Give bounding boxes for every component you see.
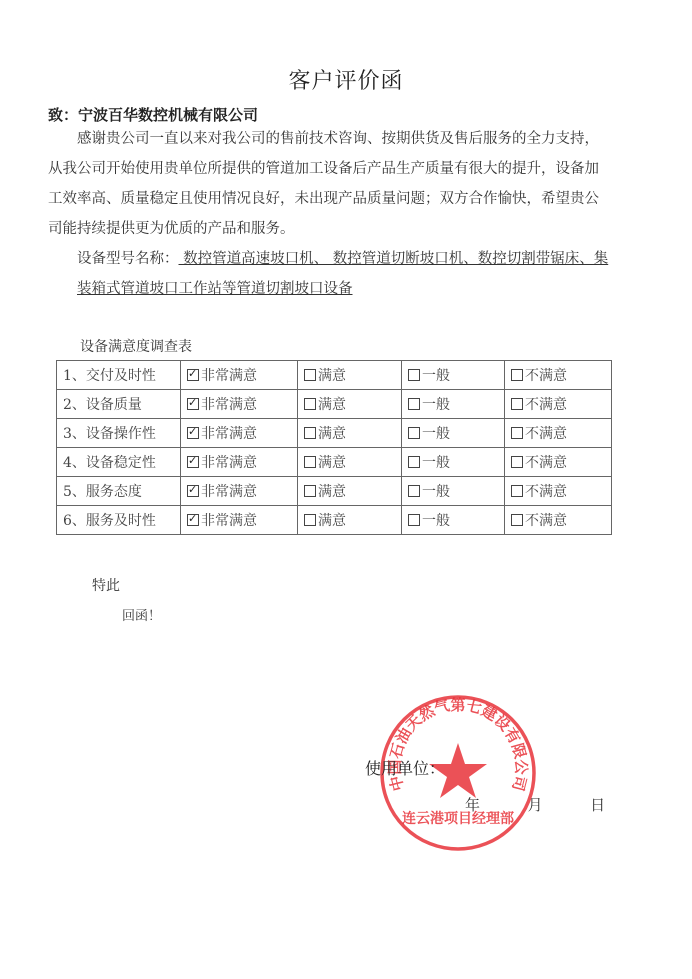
table-row: 5、服务态度非常满意满意一般不满意 [57,477,612,506]
option-label: 一般 [422,368,450,384]
checkbox-icon[interactable] [511,427,523,439]
checkbox-icon[interactable] [408,398,420,410]
survey-option-cell: 一般 [402,477,505,506]
survey-option-cell: 不满意 [505,506,612,535]
survey-option-cell: 一般 [402,419,505,448]
survey-option-cell: 满意 [298,390,402,419]
checkbox-icon[interactable] [511,369,523,381]
survey-option-cell: 不满意 [505,419,612,448]
table-row: 1、交付及时性非常满意满意一般不满意 [57,361,612,390]
checkbox-icon[interactable] [304,398,316,410]
survey-option-cell: 满意 [298,477,402,506]
option-label: 不满意 [525,484,567,500]
checkbox-icon[interactable] [408,369,420,381]
closing-line-2: 回函！ [122,605,161,624]
option-label: 一般 [422,397,450,413]
survey-option-cell: 一般 [402,390,505,419]
checked-checkbox-icon[interactable] [187,427,199,439]
survey-option-cell: 满意 [298,448,402,477]
option-label: 不满意 [525,455,567,471]
survey-option-cell: 一般 [402,506,505,535]
survey-option-cell: 一般 [402,448,505,477]
table-row: 6、服务及时性非常满意满意一般不满意 [57,506,612,535]
checked-checkbox-icon[interactable] [187,514,199,526]
option-label: 满意 [318,368,346,384]
checkbox-icon[interactable] [304,427,316,439]
survey-item-label: 1、交付及时性 [57,361,181,390]
option-label: 满意 [318,484,346,500]
option-label: 非常满意 [201,426,257,442]
equipment-label: 设备型号名称： [77,251,179,267]
option-label: 满意 [318,397,346,413]
year-label: 年 [465,794,480,815]
checkbox-icon[interactable] [408,485,420,497]
option-label: 一般 [422,513,450,529]
option-label: 非常满意 [201,397,257,413]
signature-date: 年 月 日 [465,794,605,815]
survey-option-cell: 不满意 [505,390,612,419]
survey-option-cell: 非常满意 [181,448,298,477]
checkbox-icon[interactable] [408,456,420,468]
checked-checkbox-icon[interactable] [187,456,199,468]
option-label: 不满意 [525,426,567,442]
survey-item-label: 2、设备质量 [57,390,181,419]
checkbox-icon[interactable] [304,514,316,526]
checkbox-icon[interactable] [511,398,523,410]
survey-option-cell: 非常满意 [181,361,298,390]
option-label: 非常满意 [201,368,257,384]
body-paragraph: 感谢贵公司一直以来对我公司的售前技术咨询、按期供货及售后服务的全力支持，从我公司… [48,124,608,244]
survey-option-cell: 满意 [298,361,402,390]
closing-line-1: 特此 [92,575,120,595]
month-label: 月 [528,794,543,815]
survey-item-label: 3、设备操作性 [57,419,181,448]
table-row: 3、设备操作性非常满意满意一般不满意 [57,419,612,448]
table-row: 4、设备稳定性非常满意满意一般不满意 [57,448,612,477]
signature-unit-label: 使用单位： [365,756,445,779]
survey-option-cell: 非常满意 [181,477,298,506]
option-label: 不满意 [525,513,567,529]
survey-option-cell: 非常满意 [181,419,298,448]
option-label: 满意 [318,513,346,529]
survey-item-label: 4、设备稳定性 [57,448,181,477]
option-label: 满意 [318,426,346,442]
survey-caption: 设备满意度调查表 [80,336,192,356]
option-label: 非常满意 [201,484,257,500]
survey-option-cell: 满意 [298,419,402,448]
satisfaction-survey-table: 1、交付及时性非常满意满意一般不满意2、设备质量非常满意满意一般不满意3、设备操… [56,360,612,535]
option-label: 不满意 [525,397,567,413]
document-title: 客户评价函 [0,64,692,95]
survey-option-cell: 不满意 [505,361,612,390]
checkbox-icon[interactable] [304,369,316,381]
recipient-line: 致：宁波百华数控机械有限公司 [48,104,258,125]
checked-checkbox-icon[interactable] [187,369,199,381]
survey-option-cell: 非常满意 [181,390,298,419]
checkbox-icon[interactable] [511,456,523,468]
checkbox-icon[interactable] [511,514,523,526]
checkbox-icon[interactable] [304,485,316,497]
option-label: 非常满意 [201,455,257,471]
option-label: 一般 [422,484,450,500]
table-row: 2、设备质量非常满意满意一般不满意 [57,390,612,419]
survey-item-label: 5、服务态度 [57,477,181,506]
survey-option-cell: 不满意 [505,448,612,477]
checkbox-icon[interactable] [511,485,523,497]
option-label: 非常满意 [201,513,257,529]
checkbox-icon[interactable] [304,456,316,468]
day-label: 日 [590,794,605,815]
option-label: 满意 [318,455,346,471]
survey-item-label: 6、服务及时性 [57,506,181,535]
equipment-line: 设备型号名称： 数控管道高速坡口机、 数控管道切断坡口机、数控切割带锯床、集装箱… [48,244,617,304]
option-label: 一般 [422,426,450,442]
option-label: 不满意 [525,368,567,384]
option-label: 一般 [422,455,450,471]
checked-checkbox-icon[interactable] [187,485,199,497]
checked-checkbox-icon[interactable] [187,398,199,410]
checkbox-icon[interactable] [408,427,420,439]
survey-option-cell: 非常满意 [181,506,298,535]
checkbox-icon[interactable] [408,514,420,526]
survey-option-cell: 满意 [298,506,402,535]
survey-option-cell: 一般 [402,361,505,390]
survey-option-cell: 不满意 [505,477,612,506]
